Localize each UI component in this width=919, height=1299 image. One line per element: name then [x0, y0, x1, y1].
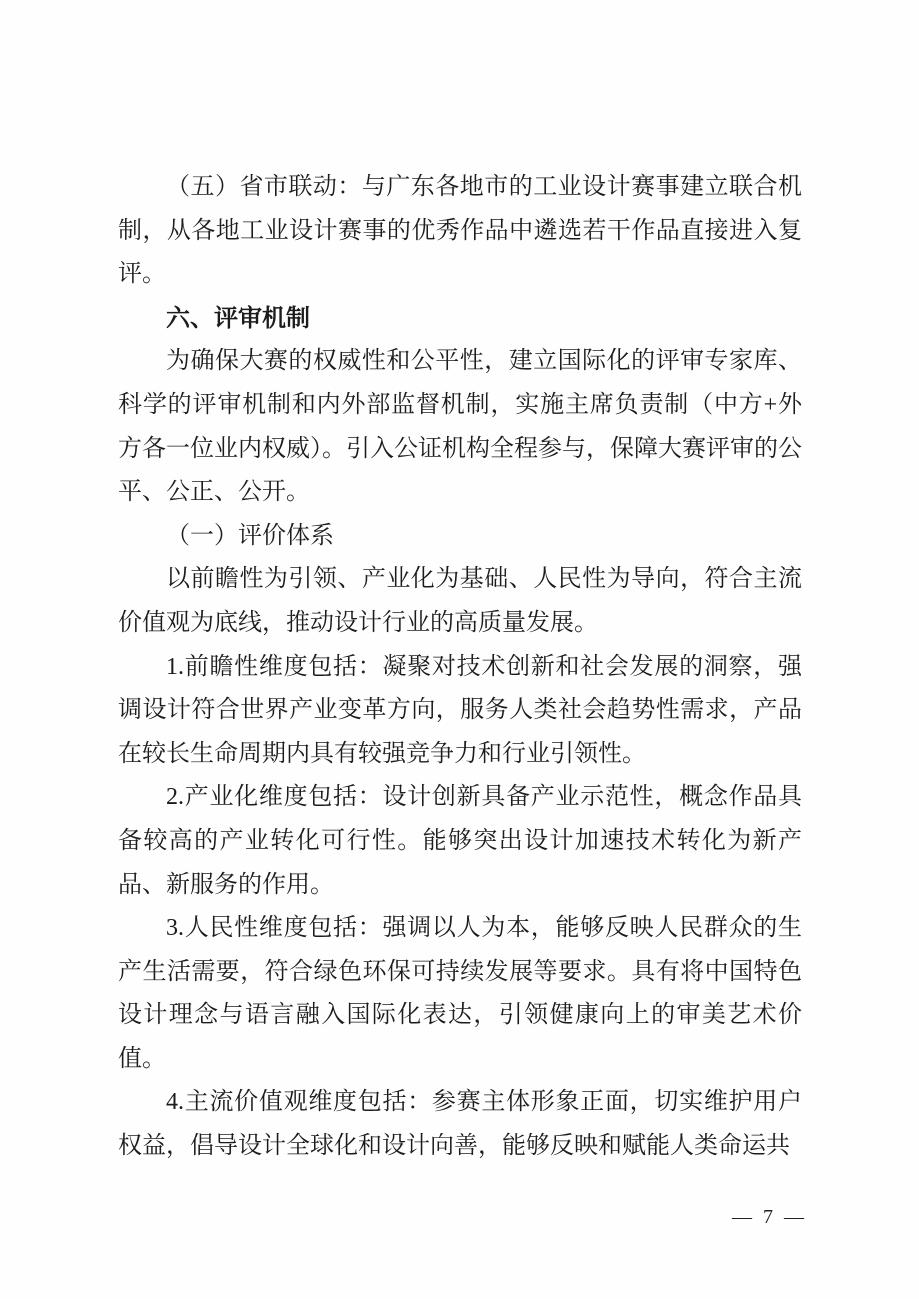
document-page: （五）省市联动：与广东各地市的工业设计赛事建立联合机制，从各地工业设计赛事的优秀… [0, 0, 919, 1299]
page-number: — 7 — [732, 1202, 807, 1232]
paragraph-dimension-4-mainstream-values: 4.主流价值观维度包括：参赛主体形象正面，切实维护用户权益，倡导设计全球化和设计… [118, 1081, 802, 1168]
paragraph-dimension-2-industrialization: 2.产业化维度包括：设计创新具备产业示范性，概念作品具备较高的产业转化可行性。能… [118, 776, 802, 907]
paragraph-evaluation-system-intro: 以前瞻性为引领、产业化为基础、人民性为导向，符合主流价值观为底线，推动设计行业的… [118, 558, 802, 645]
paragraph-dimension-3-people-oriented: 3.人民性维度包括：强调以人为本，能够反映人民群众的生产生活需要，符合绿色环保可… [118, 907, 802, 1081]
section-heading-review-mechanism: 六、评审机制 [118, 297, 802, 341]
document-body: （五）省市联动：与广东各地市的工业设计赛事建立联合机制，从各地工业设计赛事的优秀… [118, 166, 802, 1169]
paragraph-review-mechanism-intro: 为确保大赛的权威性和公平性，建立国际化的评审专家库、科学的评审机制和内外部监督机… [118, 340, 802, 514]
paragraph-province-city-linkage: （五）省市联动：与广东各地市的工业设计赛事建立联合机制，从各地工业设计赛事的优秀… [118, 166, 802, 297]
paragraph-dimension-1-foresight: 1.前瞻性维度包括：凝聚对技术创新和社会发展的洞察，强调设计符合世界产业变革方向… [118, 646, 802, 777]
subsection-heading-evaluation-system: （一）评价体系 [118, 515, 802, 559]
